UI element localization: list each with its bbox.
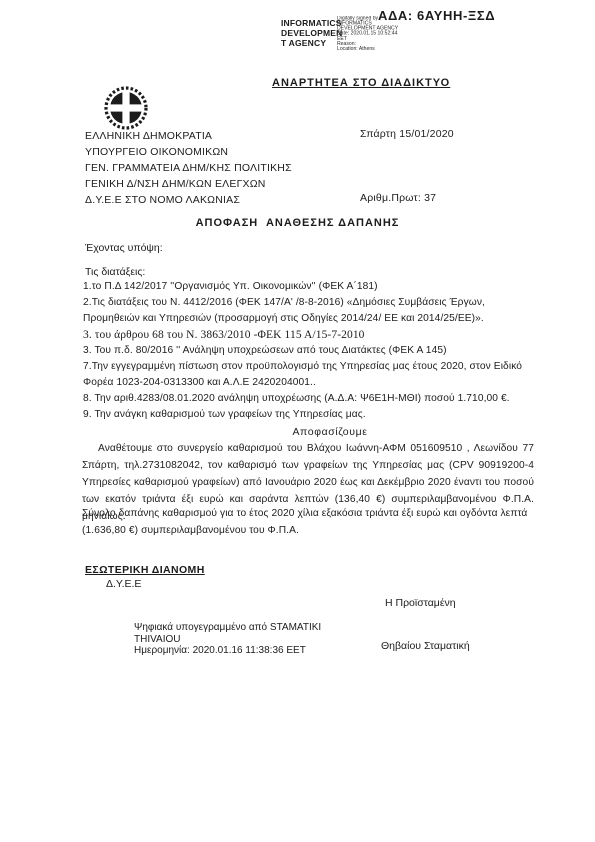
preamble-label: Έχοντας υπόψη: <box>85 242 163 254</box>
posting-notice: ΑΝΑΡΤΗΤΕΑ ΣΤΟ ΔΙΑΔΙΚΤΥΟ <box>272 77 462 89</box>
internal-distribution-heading: ΕΣΩΤΕΡΙΚΗ ΔΙΑΝΟΜΗ <box>85 564 205 576</box>
legal-item: 2.Τις διατάξεις του Ν. 4412/2016 (ΦΕΚ 14… <box>83 295 535 327</box>
provisions-label: Τις διατάξεις: <box>85 266 145 278</box>
issuing-authority-block: ΕΛΛΗΝΙΚΗ ΔΗΜΟΚΡΑΤΙΑ ΥΠΟΥΡΓΕΙΟ ΟΙΚΟΝΟΜΙΚΩ… <box>85 128 355 208</box>
digital-signature-note: Ψηφιακά υπογεγραμμένο από STAMATIKI THIV… <box>134 622 354 657</box>
signatory-name: Θηβαίου Σταματική <box>381 640 470 652</box>
legal-item: 8. Την αριθ.4283/08.01.2020 ανάληψη υποχ… <box>83 391 535 407</box>
legal-item: 3. του άρθρου 68 του Ν. 3863/2010 -ΦΕΚ 1… <box>83 327 535 343</box>
legal-item: 7.Την εγγεγραμμένη πίστωση στον προϋπολο… <box>83 359 535 391</box>
legal-items-list: 1.το Π.Δ 142/2017 ''Οργανισμός Υπ. Οικον… <box>83 279 535 423</box>
total-expense-paragraph: Σύνολο δαπάνης καθαρισμού για το έτος 20… <box>82 506 537 539</box>
decision-title: ΑΠΟΦΑΣΗ ΑΝΑΘΕΣΗΣ ΔΑΠΑΝΗΣ <box>0 217 595 229</box>
legal-item: 1.το Π.Δ 142/2017 ''Οργανισμός Υπ. Οικον… <box>83 279 535 295</box>
protocol-number: Αριθμ.Πρωτ: 37 <box>360 192 520 204</box>
authority-line: Δ.Υ.Ε.Ε ΣΤΟ ΝΟΜΟ ΛΑΚΩΝΙΑΣ <box>85 192 355 208</box>
authority-line: ΥΠΟΥΡΓΕΙΟ ΟΙΚΟΝΟΜΙΚΩΝ <box>85 144 355 160</box>
internal-distribution-recipient: Δ.Υ.Ε.Ε <box>106 578 141 590</box>
authority-line: ΕΛΛΗΝΙΚΗ ΔΗΜΟΚΡΑΤΙΑ <box>85 128 355 144</box>
document-page: ΑΔΑ: 6ΑΥΗΗ-ΞΣΔ INFORMATICS DEVELOPMEN T … <box>0 0 595 842</box>
signature-stamp-details: Digitally signed by INFORMATICS DEVELOPM… <box>337 16 431 52</box>
greek-emblem-icon <box>103 84 149 132</box>
signatory-title: Η Προϊσταμένη <box>385 597 456 609</box>
authority-line: ΓΕΝΙΚΗ Δ/ΝΣΗ ΔΗΜ/ΚΩΝ ΕΛΕΓΧΩΝ <box>85 176 355 192</box>
legal-item: 3. Του π.δ. 80/2016 '' Ανάληψη υποχρεώσε… <box>83 343 535 359</box>
place-date: Σπάρτη 15/01/2020 <box>360 128 520 140</box>
authority-line: ΓΕΝ. ΓΡΑΜΜΑΤΕΙΑ ΔΗΜ/ΚΗΣ ΠΟΛΙΤΙΚΗΣ <box>85 160 355 176</box>
legal-item: 9. Την ανάγκη καθαρισμού των γραφείων τη… <box>83 407 535 423</box>
decide-heading: Αποφασίζουμε <box>0 426 595 438</box>
